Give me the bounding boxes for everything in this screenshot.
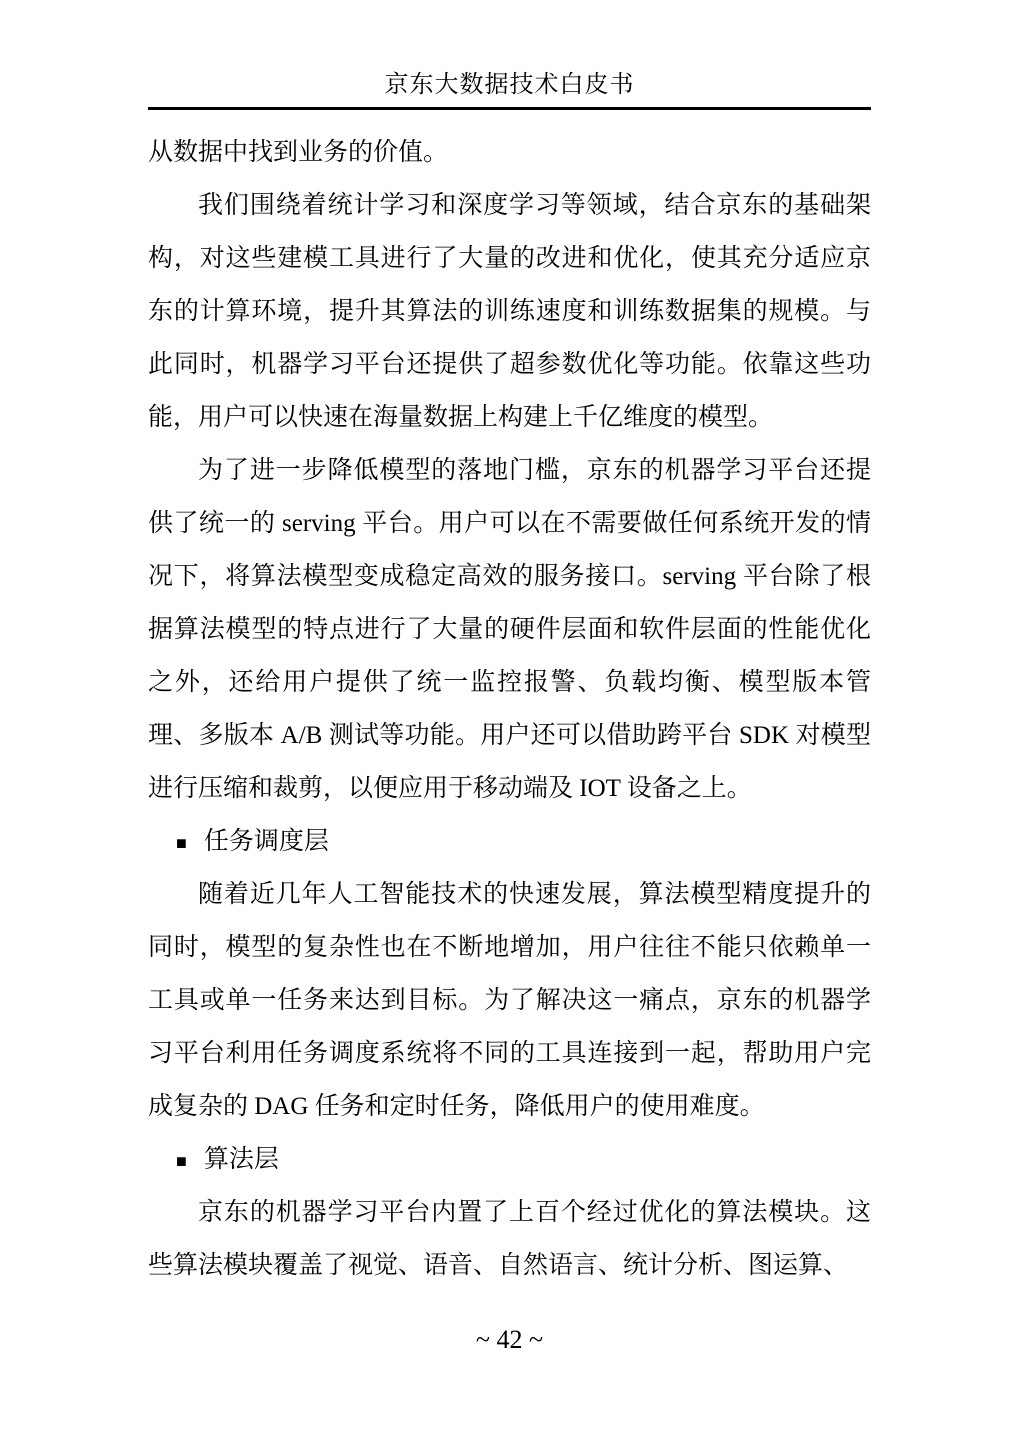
continuation-paragraph: 从数据中找到业务的价值。 [148,126,871,179]
header-rule-divider [148,107,871,110]
body-paragraph: 京东的机器学习平台内置了上百个经过优化的算法模块。这些算法模块覆盖了视觉、语音、… [148,1186,871,1292]
bullet-heading: ■任务调度层 [148,815,871,868]
page-header-title: 京东大数据技术白皮书 [385,72,635,98]
bullet-heading: ■算法层 [148,1133,871,1186]
page-number: ~ 42 ~ [476,1325,543,1354]
page-header: 京东大数据技术白皮书 [148,70,871,100]
bullet-heading-label: 算法层 [204,1133,279,1186]
document-page: 京东大数据技术白皮书 从数据中找到业务的价值。我们围绕着统计学习和深度学习等领域… [0,0,1019,1440]
body-paragraph: 我们围绕着统计学习和深度学习等领域，结合京东的基础架构，对这些建模工具进行了大量… [148,179,871,444]
body-paragraph: 为了进一步降低模型的落地门槛，京东的机器学习平台还提供了统一的 serving … [148,444,871,815]
document-body: 从数据中找到业务的价值。我们围绕着统计学习和深度学习等领域，结合京东的基础架构，… [148,126,871,1292]
body-paragraph: 随着近几年人工智能技术的快速发展，算法模型精度提升的同时，模型的复杂性也在不断地… [148,868,871,1133]
bullet-square-icon: ■ [176,1152,187,1170]
page-footer: ~ 42 ~ [0,1322,1019,1358]
bullet-square-icon: ■ [176,834,187,852]
bullet-heading-label: 任务调度层 [204,815,329,868]
